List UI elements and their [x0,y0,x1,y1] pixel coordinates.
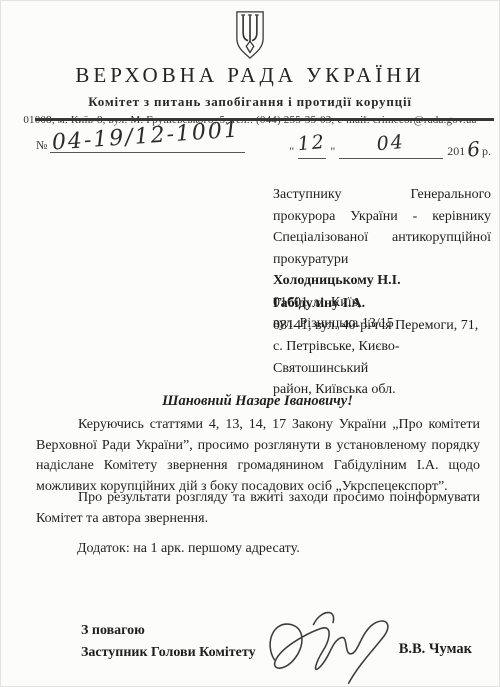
number-underline: 04-19/12-1001 [50,127,244,153]
letterhead: ВЕРХОВНА РАДА УКРАЇНИ Комітет з питань з… [1,1,499,126]
day-underline: 12 [298,136,326,159]
handwritten-day: 12 [297,131,327,155]
close-quote: " [330,144,335,159]
recipient-block-2: Габідуліну І.А. 08141, вул. 40-річчя Пер… [273,293,491,401]
year-suffix: р. [482,144,491,159]
attachment-note: Додаток: на 1 арк. першому адресату. [77,541,300,557]
number-label: № [36,138,47,153]
committee-name: Комітет з питань запобігання і протидії … [1,94,499,110]
recipient-2-name: Габідуліну І.А. [273,293,491,315]
scanned-letter-page: ВЕРХОВНА РАДА УКРАЇНИ Комітет з питань з… [0,0,500,687]
closing-regards: З повагою [81,620,256,642]
month-underline: 04 [339,136,443,159]
recipient-1-position: Заступнику Генерального прокурора Україн… [273,184,491,270]
handwritten-month: 04 [376,131,406,155]
outgoing-number: № 04-19/12-1001 [36,127,245,153]
open-quote: " [289,144,294,159]
body-paragraph-2: Про результати розгляду та вжиті заходи … [36,488,480,529]
reference-row: № 04-19/12-1001 "12" 04 2016р. [36,127,491,159]
signer-name: В.В. Чумак [399,641,472,658]
date-field: "12" 04 2016р. [289,127,491,159]
organization-title: ВЕРХОВНА РАДА УКРАЇНИ [1,63,499,88]
closing-block: З повагою Заступник Голови Комітету [81,620,256,663]
body-paragraph-1: Керуючись статтями 4, 13, 14, 17 Закону … [36,415,480,497]
signer-position: Заступник Голови Комітету [81,642,256,664]
salutation: Шановний Назаре Івановичу! [36,393,479,410]
year-prefix: 201 [447,144,465,159]
letterhead-divider [35,118,494,121]
handwritten-year-digit: 6 [466,136,483,161]
recipient-2-address-line: 08141, вул. 40-річчя Перемоги, 71, [273,315,491,337]
recipient-2-address-line: с. Петрівське, Києво-Святошинський [273,336,491,379]
handwritten-signature-icon [259,603,409,687]
ukraine-trident-icon [228,10,272,60]
recipient-1-name: Холодницькому Н.І. [273,270,491,292]
